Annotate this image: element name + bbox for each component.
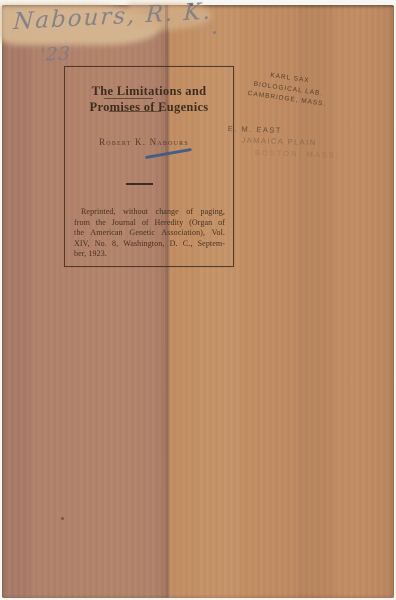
pencil-underline <box>104 98 153 99</box>
blue-pen-underline <box>145 148 192 159</box>
handwritten-year: '23 <box>39 43 71 65</box>
author-name: Robert K. Nabours <box>60 137 228 147</box>
title-line-1: The Limitations and <box>65 83 233 99</box>
reprint-note-line: XIV, No. 8, Washington, D. C., Septem- <box>74 239 225 250</box>
pencil-underline <box>109 111 161 112</box>
title-box: The Limitations and Promises of Eugenics… <box>64 66 234 267</box>
reprint-note-line: ber, 1923. <box>74 249 225 260</box>
reprint-note-line: from the Journal of Heredity (Organ of <box>74 218 225 229</box>
paper-speck <box>61 517 64 520</box>
reprint-note-line: Reprinted, without change of paging, <box>74 207 225 218</box>
ink-dot <box>213 31 216 34</box>
title-line-2: Promises of Eugenics <box>65 99 233 115</box>
divider-rule <box>126 183 153 185</box>
photo-background: Nabours, R. K. '23 The Limitations and P… <box>0 0 396 600</box>
reprint-note: Reprinted, without change of paging, fro… <box>74 207 225 260</box>
east-stamp: E. M. EAST JAMAICA PLAIN BOSTON, MASS. <box>227 123 348 161</box>
reprint-note-line: the American Genetic Association), Vol. <box>74 228 225 239</box>
